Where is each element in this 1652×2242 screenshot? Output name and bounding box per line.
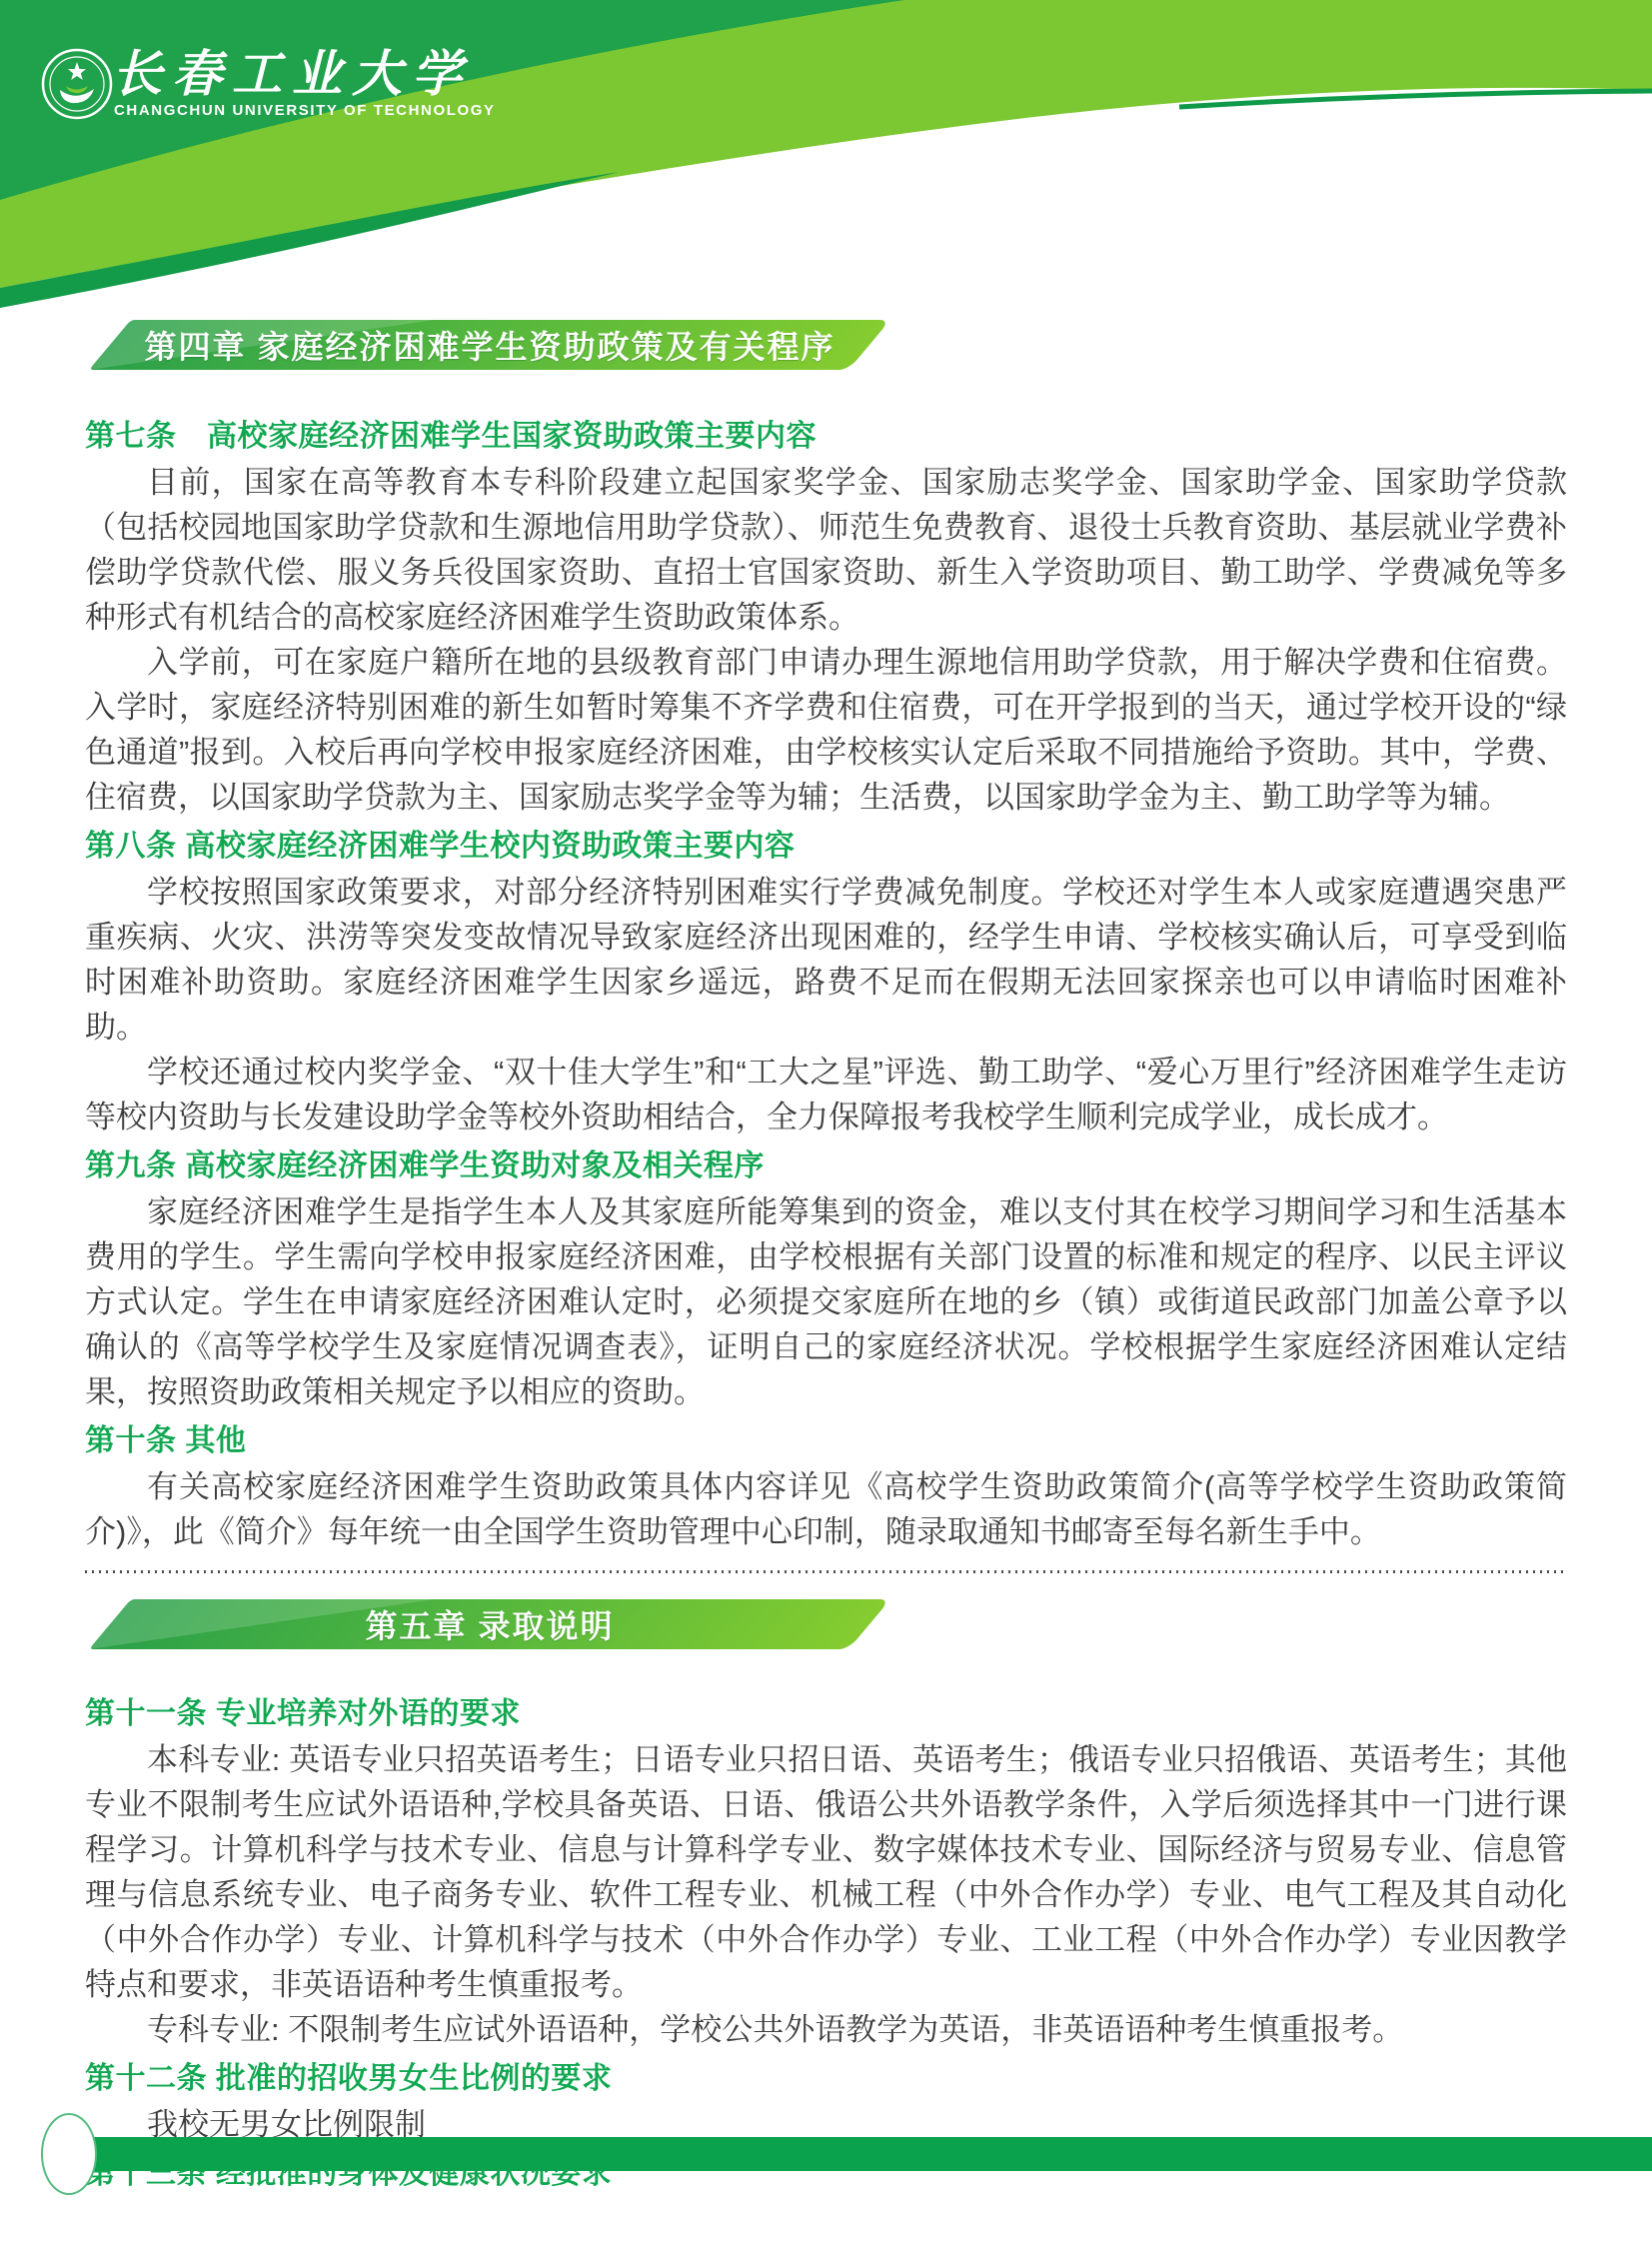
article-12-title: 第十二条 批准的招收男女生比例的要求 [85, 2056, 1567, 2102]
university-name-en: CHANGCHUN UNIVERSITY OF TECHNOLOGY [114, 102, 496, 119]
page-header: 长春工业大学 CHANGCHUN UNIVERSITY OF TECHNOLOG… [0, 0, 1652, 316]
article-11: 第十一条 专业培养对外语的要求 本科专业: 英语专业只招英语考生；日语专业只招日… [85, 1691, 1567, 2052]
article-8-paragraph-1: 学校按照国家政策要求，对部分经济特别困难实行学费减免制度。学校还对学生本人或家庭… [85, 870, 1567, 1050]
article-7: 第七条 高校家庭经济困难学生国家资助政策主要内容 目前，国家在高等教育本专科阶段… [85, 414, 1567, 820]
article-9-title: 第九条 高校家庭经济困难学生资助对象及相关程序 [85, 1143, 1567, 1189]
article-10: 第十条 其他 有关高校家庭经济困难学生资助政策具体内容详见《高校学生资助政策简介… [85, 1418, 1567, 1554]
page-content: 第四章 家庭经济困难学生资助政策及有关程序 第七条 高校家庭经济困难学生国家资助… [0, 320, 1652, 2197]
article-8-title: 第八条 高校家庭经济困难学生校内资助政策主要内容 [85, 824, 1567, 870]
article-9-paragraph-1: 家庭经济困难学生是指学生本人及其家庭所能筹集到的资金，难以支付其在校学习期间学习… [85, 1189, 1567, 1414]
article-12: 第十二条 批准的招收男女生比例的要求 我校无男女比例限制 [85, 2056, 1567, 2147]
chapter4-banner-label: 第四章 家庭经济困难学生资助政策及有关程序 [110, 320, 869, 370]
article-10-title: 第十条 其他 [85, 1418, 1567, 1464]
article-10-paragraph-1: 有关高校家庭经济困难学生资助政策具体内容详见《高校学生资助政策简介(高等学校学生… [85, 1464, 1567, 1554]
article-7-paragraph-2: 入学前，可在家庭户籍所在地的县级教育部门申请办理生源地信用助学贷款，用于解决学费… [85, 640, 1567, 820]
article-8: 第八条 高校家庭经济困难学生校内资助政策主要内容 学校按照国家政策要求，对部分经… [85, 824, 1567, 1139]
university-seal-logo [40, 40, 114, 128]
chapter4-banner: 第四章 家庭经济困难学生资助政策及有关程序 [89, 320, 890, 370]
chapter5-banner-label: 第五章 录取说明 [110, 1599, 869, 1649]
article-8-paragraph-2: 学校还通过校内奖学金、“双十佳大学生”和“工大之星”评选、勤工助学、“爱心万里行… [85, 1050, 1567, 1139]
article-7-title: 第七条 高校家庭经济困难学生国家资助政策主要内容 [85, 414, 1567, 460]
footer-green-bar [93, 2137, 1652, 2171]
article-11-paragraph-1: 本科专业: 英语专业只招英语考生；日语专业只招日语、英语考生；俄语专业只招俄语、… [85, 1737, 1567, 2007]
chapter5-banner: 第五章 录取说明 [89, 1599, 890, 1649]
brochure-page: 长春工业大学 CHANGCHUN UNIVERSITY OF TECHNOLOG… [0, 0, 1652, 2242]
article-9: 第九条 高校家庭经济困难学生资助对象及相关程序 家庭经济困难学生是指学生本人及其… [85, 1143, 1567, 1414]
article-11-title: 第十一条 专业培养对外语的要求 [85, 1691, 1567, 1737]
footer-ellipse-decoration [41, 2113, 97, 2195]
section-divider [85, 1570, 1567, 1573]
article-11-paragraph-2: 专科专业: 不限制考生应试外语语种，学校公共外语教学为英语，非英语语种考生慎重报… [85, 2007, 1567, 2052]
university-name-cn: 长春工业大学 [112, 34, 472, 106]
article-7-paragraph-1: 目前，国家在高等教育本专科阶段建立起国家奖学金、国家励志奖学金、国家助学金、国家… [85, 460, 1567, 640]
